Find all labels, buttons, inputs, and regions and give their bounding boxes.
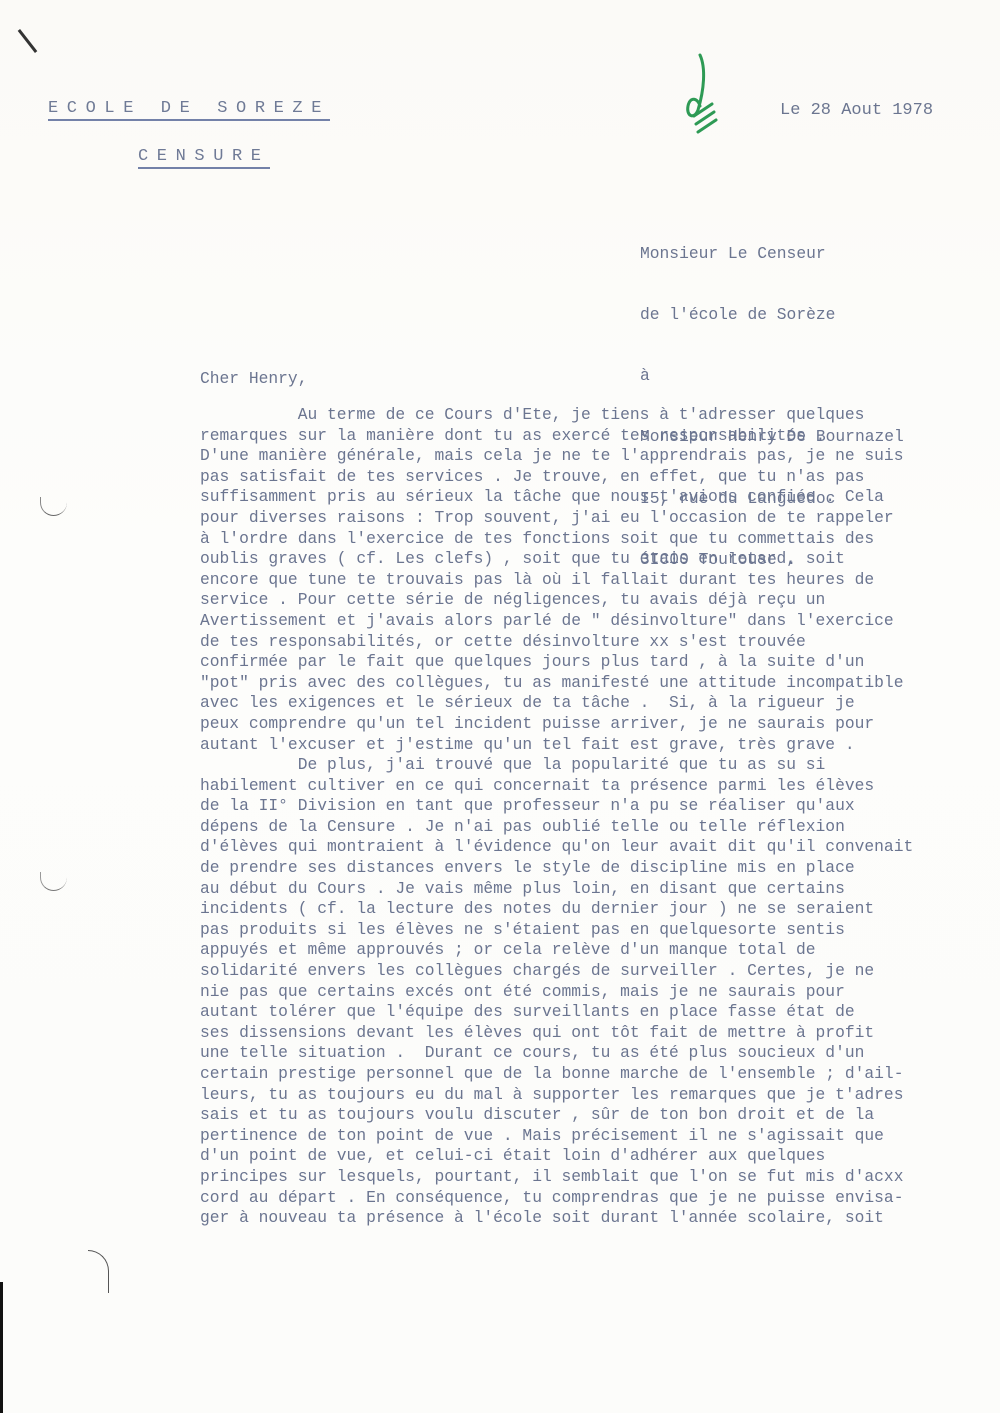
body-line: ses dissensions devant les élèves qui on… [200,1023,1000,1044]
department-name: CENSURE [138,147,270,169]
body-line: remarques sur la manière dont tu as exer… [200,426,1000,447]
scan-edge [0,1282,3,1413]
body-line: Avertissement et j'avais alors parlé de … [200,611,1000,632]
body-line: d'un point de vue, et celui-ci était loi… [200,1146,1000,1167]
body-line: à l'ordre dans l'exercice de tes fonctio… [200,529,1000,550]
body-line: au début du Cours . Je vais même plus lo… [200,879,1000,900]
body-line: principes sur lesquels, pourtant, il sem… [200,1167,1000,1188]
body-line: peux comprendre qu'un tel incident puiss… [200,714,1000,735]
body-line: incidents ( cf. la lecture des notes du … [200,899,1000,920]
body-line: autant l'excuser et j'estime qu'un tel f… [200,735,1000,756]
body-line: sais et tu as toujours voulu discuter , … [200,1105,1000,1126]
body-line: D'une manière générale, mais cela je ne … [200,446,1000,467]
body-line: confirmée par le fait que quelques jours… [200,652,1000,673]
institution-name: ECOLE DE SOREZE [48,99,330,121]
body-line: cord au départ . En conséquence, tu comp… [200,1188,1000,1209]
body-line: certain prestige personnel que de la bon… [200,1064,1000,1085]
body-line: nie pas que certains excés ont été commi… [200,982,1000,1003]
body-line: De plus, j'ai trouvé que la popularité q… [200,755,1000,776]
body-line: pas satisfait de tes services . Je trouv… [200,467,1000,488]
body-line: d'élèves qui montraient à l'évidence qu'… [200,837,1000,858]
salutation: Cher Henry, [200,369,307,388]
body-line: leurs, tu as toujours eu du mal à suppor… [200,1085,1000,1106]
letter-date: Le 28 Aout 1978 [780,101,933,120]
body-line: "pot" pris avec des collègues, tu as man… [200,673,1000,694]
body-line: dépens de la Censure . Je n'ai pas oubli… [200,817,1000,838]
body-line: de prendre ses distances envers le style… [200,858,1000,879]
body-line: pas produits si les élèves ne s'étaient … [200,920,1000,941]
body-line: encore que tune te trouvais pas là où il… [200,570,1000,591]
body-line: pertinence de ton point de vue . Mais pr… [200,1126,1000,1147]
body-line: oublis graves ( cf. Les clefs) , soit qu… [200,549,1000,570]
body-line: appuyés et même approuvés ; or cela relè… [200,940,1000,961]
body-line: avec les exigences et le sérieux de ta t… [200,693,1000,714]
letter-page: ECOLE DE SOREZE CENSURE Le 28 Aout 1978 … [0,0,1000,1413]
body-line: de tes responsabilités, or cette désinvo… [200,632,1000,653]
letter-body: Au terme de ce Cours d'Ete, je tiens à t… [200,405,1000,1229]
handwritten-initials-icon [670,50,730,140]
pen-mark [88,1250,109,1293]
body-line: solidarité envers les collègues chargés … [200,961,1000,982]
body-line: autant tolérer que l'équipe des surveill… [200,1002,1000,1023]
address-line: à [640,366,904,386]
address-line: Monsieur Le Censeur [640,244,904,264]
body-line: pour diverses raisons : Trop souvent, j'… [200,508,1000,529]
punch-hole-mark [40,872,67,891]
body-line: ger à nouveau ta présence à l'école soit… [200,1208,1000,1229]
letterhead: ECOLE DE SOREZE CENSURE [48,99,330,169]
punch-hole-mark [40,497,67,516]
body-line: de la II° Division en tant que professeu… [200,796,1000,817]
body-line: suffisamment pris au sérieux la tâche qu… [200,487,1000,508]
body-line: service . Pour cette série de négligence… [200,590,1000,611]
body-line: Au terme de ce Cours d'Ete, je tiens à t… [200,405,1000,426]
staple-mark [18,29,38,53]
address-line: de l'école de Sorèze [640,305,904,325]
body-line: habilement cultiver en ce qui concernait… [200,776,1000,797]
body-line: une telle situation . Durant ce cours, t… [200,1043,1000,1064]
